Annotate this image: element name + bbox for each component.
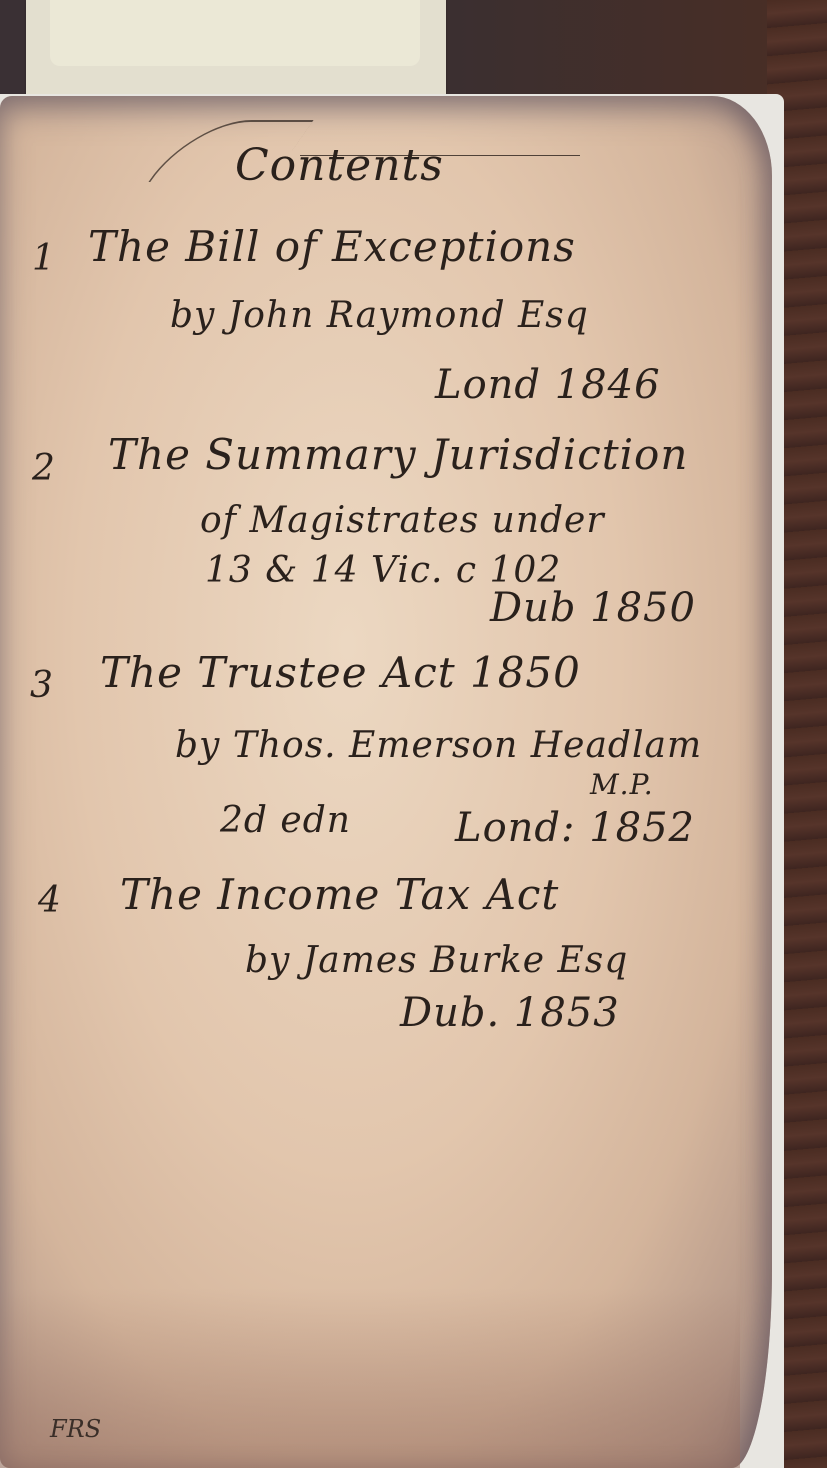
page-heading: Contents xyxy=(235,140,444,191)
entry-imprint: Dub. 1853 xyxy=(400,990,620,1036)
entry-author-suffix: M.P. xyxy=(590,768,654,801)
entry-number: 4 xyxy=(38,880,62,921)
footer-initials: FRS xyxy=(50,1415,101,1443)
entry-number: 1 xyxy=(32,238,56,279)
entry-title: The Summary Jurisdiction xyxy=(108,430,688,479)
entry-imprint: Dub 1850 xyxy=(490,585,696,631)
top-paper-slip-inner xyxy=(50,0,420,66)
entry-title-continued: of Magistrates under xyxy=(200,500,605,541)
entry-author: by John Raymond Esq xyxy=(170,295,589,336)
entry-imprint: Lond: 1852 xyxy=(455,805,695,851)
entry-title: The Income Tax Act xyxy=(120,870,559,919)
entry-number: 2 xyxy=(32,448,56,489)
entry-author: by Thos. Emerson Headlam xyxy=(175,725,702,766)
entry-title: The Trustee Act 1850 xyxy=(100,648,581,697)
entry-author: by James Burke Esq xyxy=(245,940,628,981)
entry-title: The Bill of Exceptions xyxy=(88,222,576,271)
entry-imprint: Lond 1846 xyxy=(435,362,661,408)
entry-edition: 2d edn xyxy=(220,800,351,841)
entry-number: 3 xyxy=(30,665,54,706)
stain-shading xyxy=(0,1288,740,1468)
